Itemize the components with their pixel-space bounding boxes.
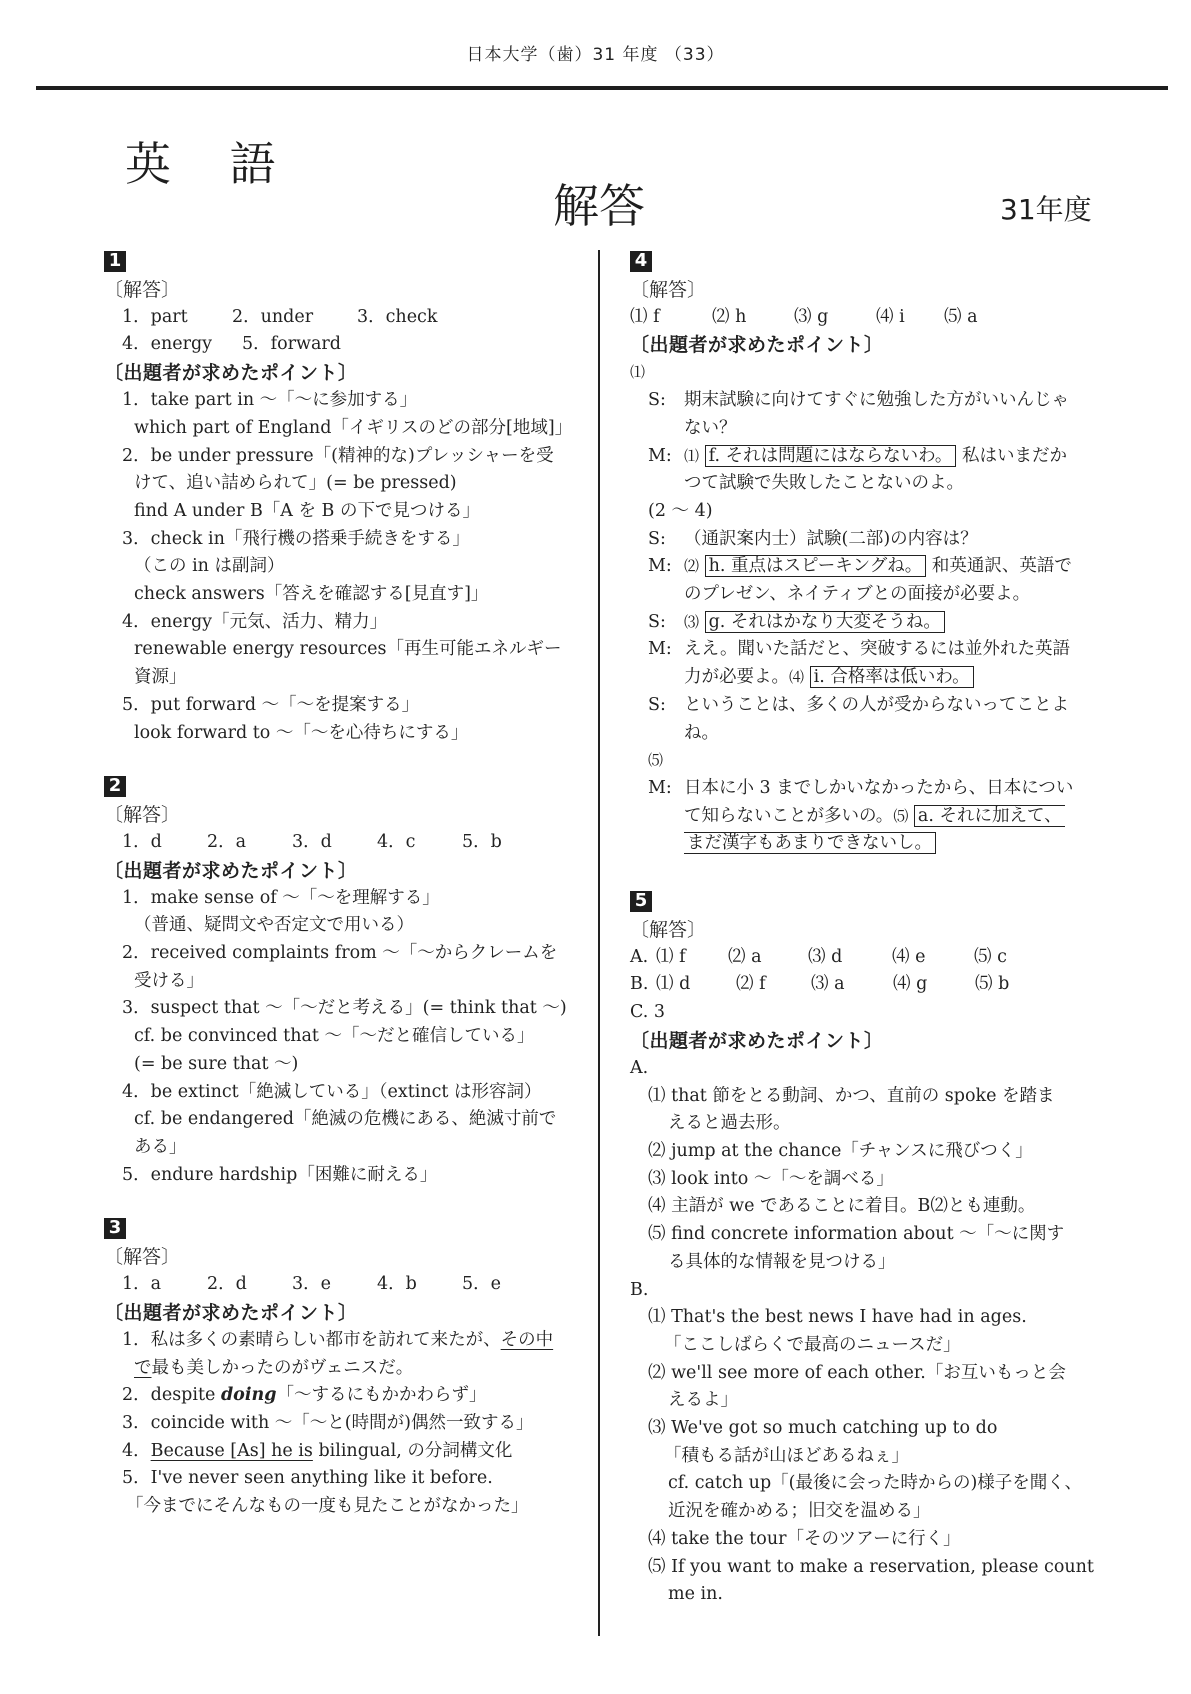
- points-heading: 〔出題者が求めたポイント〕: [104, 857, 574, 885]
- point-line: (= be sure that ～): [104, 1051, 574, 1079]
- point-line: 5．put forward ～「～を提案する」: [104, 692, 574, 720]
- point-line: る具体的な情報を見つける」: [630, 1249, 1100, 1277]
- column-divider: [598, 250, 600, 1636]
- point-line: 1．make sense of ～「～を理解する」: [104, 885, 574, 913]
- answer-heading: 〔解答〕: [630, 276, 1100, 304]
- speaker-label: S:: [648, 526, 684, 554]
- answer-item: 5．b: [462, 829, 502, 857]
- point-line: 5．endure hardship「困難に耐える」: [104, 1162, 574, 1190]
- dialogue-line: 力が必要よ。⑷ i. 合格率は低いわ。: [630, 664, 1100, 692]
- question-1: 1 〔解答〕 1．part2．under3．check 4．energy5．fo…: [104, 248, 574, 747]
- underlined-phrase: で: [134, 1358, 152, 1378]
- point-line: ⑵ we'll see more of each other.「お互いもっと会: [630, 1360, 1100, 1388]
- answer-item: ⑶ d: [808, 944, 892, 972]
- boxed-answer: i. 合格率は低いわ。: [810, 666, 974, 688]
- point-line: ⑶ look into ～「～を調べる」: [630, 1166, 1100, 1194]
- running-head: 日本大学（歯）31 年度 （33）: [0, 40, 1191, 65]
- dialogue-line: て知らないことが多いの。⑸ a. それに加えて、: [630, 803, 1100, 831]
- point-line: cf. be convinced that ～「～だと確信している」: [104, 1023, 574, 1051]
- question-number-badge: 4: [630, 251, 652, 272]
- point-line: 3．check in「飛行機の搭乗手続きをする」: [104, 526, 574, 554]
- page-title: 解答: [553, 170, 645, 236]
- point-line: 受ける」: [104, 968, 574, 996]
- point-line: 4．energy「元気、活力、精力」: [104, 609, 574, 637]
- point-line: ⑷ take the tour「そのツアーに行く」: [630, 1526, 1100, 1554]
- question-number-badge: 5: [630, 891, 652, 912]
- answer-list: 4．energy5．forward: [104, 331, 574, 359]
- points-heading: 〔出題者が求めたポイント〕: [104, 359, 574, 387]
- answer-item: 2．d: [207, 1271, 292, 1299]
- answer-item: ⑸ b: [975, 971, 1009, 999]
- question-4: 4 〔解答〕 ⑴ f⑵ h⑶ g⑷ i⑸ a 〔出題者が求めたポイント〕 ⑴ S…: [630, 248, 1100, 858]
- point-line: 3．coincide with ～「～と(時間が)偶然一致する」: [104, 1410, 574, 1438]
- dialogue-line: M:日本に小 3 までしかいなかったから、日本につい: [630, 775, 1100, 803]
- italic-term: doing: [221, 1385, 277, 1405]
- point-line: えるよ」: [630, 1387, 1100, 1415]
- answer-list: A.⑴ f⑵ a⑶ d⑷ e⑸ c: [630, 944, 1100, 972]
- answer-item: 1．part: [122, 304, 232, 332]
- question-number-badge: 3: [104, 1218, 126, 1239]
- answer-item: ⑷ g: [893, 971, 975, 999]
- point-line: 4．Because [As] he is bilingual, の分詞構文化: [104, 1438, 574, 1466]
- speaker-label: M:: [648, 553, 684, 581]
- point-line: cf. be endangered「絶滅の危機にある、絶滅寸前で: [104, 1106, 574, 1134]
- dialogue-line: つて試験で失敗したことないのよ。: [630, 470, 1100, 498]
- point-line: 5．I've never seen anything like it befor…: [104, 1465, 574, 1493]
- speaker-label: S:: [648, 692, 684, 720]
- point-line: けて、追い詰められて」(= be pressed): [104, 470, 574, 498]
- dialogue-line: ね。: [630, 720, 1100, 748]
- subject-title: 英 語: [125, 128, 298, 194]
- point-line: ある」: [104, 1134, 574, 1162]
- point-line: look forward to ～「～を心待ちにする」: [104, 720, 574, 748]
- answer-item: 5．e: [462, 1271, 501, 1299]
- answer-item: ⑶ a: [811, 971, 893, 999]
- point-line: find A under B「A を B の下で見つける」: [104, 498, 574, 526]
- question-number-badge: 1: [104, 251, 126, 272]
- part-label: ⑴: [630, 359, 1100, 387]
- answer-list: 1．d2．a3．d4．c5．b: [104, 829, 574, 857]
- point-line: 1．take part in ～「～に参加する」: [104, 387, 574, 415]
- point-line: ⑸ find concrete information about ～「～に関す: [630, 1221, 1100, 1249]
- point-line: 2．despite doing「～するにもかかわらず」: [104, 1382, 574, 1410]
- answer-list: 1．part2．under3．check: [104, 304, 574, 332]
- answer-item: 3．d: [292, 829, 377, 857]
- year-label: 31年度: [1000, 188, 1092, 228]
- dialogue-line: M:⑵ h. 重点はスピーキングね。 和英通訳、英語で: [630, 553, 1100, 581]
- dialogue-line: M:ええ。聞いた話だと、突破するには並外れた英語: [630, 636, 1100, 664]
- answer-heading: 〔解答〕: [104, 276, 574, 304]
- answer-heading: 〔解答〕: [630, 916, 1100, 944]
- answer-item: 1．d: [122, 829, 207, 857]
- answer-item: 3．e: [292, 1271, 377, 1299]
- point-line: （この in は副詞）: [104, 553, 574, 581]
- point-line: 2．be under pressure「(精神的な)プレッシャーを受: [104, 443, 574, 471]
- dialogue-line: S:（通訳案内士）試験(二部)の内容は？: [630, 526, 1100, 554]
- question-5: 5 〔解答〕 A.⑴ f⑵ a⑶ d⑷ e⑸ c B.⑴ d⑵ f⑶ a⑷ g⑸…: [630, 888, 1100, 1609]
- point-line: （普通、疑問文や否定文で用いる）: [104, 912, 574, 940]
- answer-item: ⑷ i: [876, 304, 944, 332]
- part-label: ⑸: [630, 747, 1100, 775]
- question-2: 2 〔解答〕 1．d2．a3．d4．c5．b 〔出題者が求めたポイント〕 1．m…: [104, 773, 574, 1189]
- answer-item: 2．under: [232, 304, 357, 332]
- answer-item: ⑵ h: [712, 304, 794, 332]
- point-line: 3．suspect that ～「～だと考える」(= think that ～): [104, 995, 574, 1023]
- point-line: ⑴ that 節をとる動詞、かつ、直前の spoke を踏ま: [630, 1083, 1100, 1111]
- points-heading: 〔出題者が求めたポイント〕: [630, 331, 1100, 359]
- answer-item: ⑶ g: [794, 304, 876, 332]
- speaker-label: M:: [648, 775, 684, 803]
- dialogue-line: まだ漢字もあまりできないし。: [630, 830, 1100, 858]
- point-line: renewable energy resources「再生可能エネルギー: [104, 636, 574, 664]
- dialogue-line: M:⑴ f. それは問題にはならないわ。 私はいまだか: [630, 443, 1100, 471]
- answer-heading: 〔解答〕: [104, 1243, 574, 1271]
- answer-list: ⑴ f⑵ h⑶ g⑷ i⑸ a: [630, 304, 1100, 332]
- part-label: (2 ～ 4): [630, 498, 1100, 526]
- answer-item: 5．forward: [242, 331, 341, 359]
- answer-item: 4．c: [377, 829, 462, 857]
- point-line: 2．received complaints from ～「～からクレームを: [104, 940, 574, 968]
- answer-list: C. 3: [630, 999, 1100, 1027]
- point-line: 「ここしばらくで最高のニュースだ」: [630, 1332, 1100, 1360]
- answer-item: 3．check: [357, 304, 437, 332]
- point-line: 4．be extinct「絶滅している」（extinct は形容詞）: [104, 1079, 574, 1107]
- header-rule: [36, 86, 1168, 90]
- point-line: 近況を確かめる；旧交を温める」: [630, 1498, 1100, 1526]
- boxed-answer: g. それはかなり大変そうね。: [705, 611, 945, 633]
- point-line: cf. catch up「(最後に会った時からの)様子を聞く、: [630, 1470, 1100, 1498]
- underlined-phrase: Because [As] he is: [151, 1441, 313, 1461]
- underlined-phrase: その中: [501, 1330, 554, 1350]
- left-column: 1 〔解答〕 1．part2．under3．check 4．energy5．fo…: [104, 248, 574, 1521]
- dialogue-line: S:期末試験に向けてすぐに勉強した方がいいんじゃ: [630, 387, 1100, 415]
- sub-label: A.: [630, 1055, 1100, 1083]
- answer-list: B.⑴ d⑵ f⑶ a⑷ g⑸ b: [630, 971, 1100, 999]
- dialogue-line: S:⑶ g. それはかなり大変そうね。: [630, 609, 1100, 637]
- answer-item: 4．energy: [122, 331, 242, 359]
- right-column: 4 〔解答〕 ⑴ f⑵ h⑶ g⑷ i⑸ a 〔出題者が求めたポイント〕 ⑴ S…: [630, 248, 1100, 1609]
- boxed-answer: まだ漢字もあまりできないし。: [684, 832, 936, 854]
- point-line: えると過去形。: [630, 1110, 1100, 1138]
- point-line: ⑷ 主語が we であることに着目。B⑵とも連動。: [630, 1193, 1100, 1221]
- answer-item: ⑸ c: [974, 944, 1007, 972]
- point-line: 1．私は多くの素晴らしい都市を訪れて来たが、その中: [104, 1327, 574, 1355]
- point-line: ⑴ That's the best news I have had in age…: [630, 1304, 1100, 1332]
- answer-item: ⑸ a: [944, 304, 978, 332]
- boxed-answer: h. 重点はスピーキングね。: [705, 555, 927, 577]
- answer-item: ⑵ f: [736, 971, 811, 999]
- point-line: 資源」: [104, 664, 574, 692]
- dialogue-line: ない？: [630, 415, 1100, 443]
- answer-heading: 〔解答〕: [104, 801, 574, 829]
- answer-item: ⑴ f: [656, 944, 728, 972]
- point-line: で最も美しかったのがヴェニスだ。: [104, 1355, 574, 1383]
- speaker-label: M:: [648, 443, 684, 471]
- boxed-answer: a. それに加えて、: [914, 805, 1065, 827]
- dialogue-line: のプレゼン、ネイティブとの面接が必要よ。: [630, 581, 1100, 609]
- point-line: me in.: [630, 1581, 1100, 1609]
- point-line: which part of England「イギリスのどの部分[地域]」: [104, 415, 574, 443]
- point-line: 「今までにそんなもの一度も見たことがなかった」: [104, 1493, 574, 1521]
- speaker-label: S:: [648, 609, 684, 637]
- answer-list: 1．a2．d3．e4．b5．e: [104, 1271, 574, 1299]
- question-number-badge: 2: [104, 776, 126, 797]
- speaker-label: M:: [648, 636, 684, 664]
- boxed-answer: f. それは問題にはならないわ。: [705, 445, 957, 467]
- point-line: ⑸ If you want to make a reservation, ple…: [630, 1554, 1100, 1582]
- answer-item: ⑴ d: [656, 971, 736, 999]
- points-heading: 〔出題者が求めたポイント〕: [104, 1299, 574, 1327]
- answer-item: 4．b: [377, 1271, 462, 1299]
- point-line: 「積もる話が山ほどあるねぇ」: [630, 1443, 1100, 1471]
- answer-item: ⑷ e: [892, 944, 974, 972]
- points-heading: 〔出題者が求めたポイント〕: [630, 1027, 1100, 1055]
- answer-item: 2．a: [207, 829, 292, 857]
- answer-item: ⑵ a: [728, 944, 808, 972]
- speaker-label: S:: [648, 387, 684, 415]
- answer-item: 1．a: [122, 1271, 207, 1299]
- point-line: ⑶ We've got so much catching up to do: [630, 1415, 1100, 1443]
- point-line: ⑵ jump at the chance「チャンスに飛びつく」: [630, 1138, 1100, 1166]
- question-3: 3 〔解答〕 1．a2．d3．e4．b5．e 〔出題者が求めたポイント〕 1．私…: [104, 1215, 574, 1520]
- dialogue-line: S:ということは、多くの人が受からないってことよ: [630, 692, 1100, 720]
- sub-label: B.: [630, 1277, 1100, 1305]
- answer-item: ⑴ f: [630, 304, 712, 332]
- point-line: check answers「答えを確認する[見直す]」: [104, 581, 574, 609]
